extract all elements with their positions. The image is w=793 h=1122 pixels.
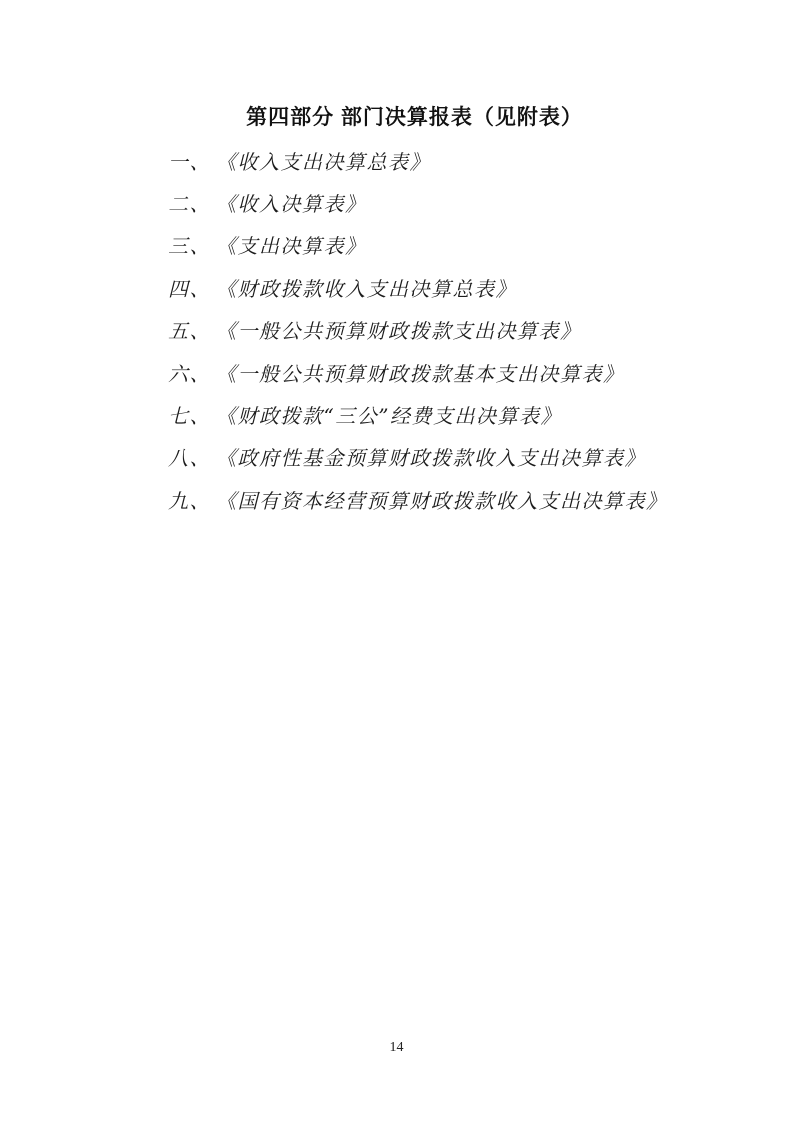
report-table-list: 一、 《收入支出决算总表》 二、 《收入决算表》 三、 《支出决算表》 四、 《… [168, 139, 733, 521]
list-item-number: 九、 [168, 485, 211, 514]
list-item: 九、 《国有资本经营预算财政拨款收入支出决算表》 [168, 478, 733, 520]
list-item-title: 《一般公共预算财政拨款支出决算表》 [216, 315, 582, 344]
list-item-number: 一、 [168, 146, 211, 175]
list-item-title: 《收入决算表》 [216, 188, 367, 217]
list-item-title: 《一般公共预算财政拨款基本支出决算表》 [216, 358, 625, 387]
list-item-title: 《收入支出决算总表》 [216, 146, 431, 175]
list-item: 二、 《收入决算表》 [168, 181, 733, 223]
list-item-title: 《财政拨款“三公”经费支出决算表》 [216, 400, 562, 429]
list-item: 八、 《政府性基金预算财政拨款收入支出决算表》 [168, 436, 733, 478]
list-item: 三、 《支出决算表》 [168, 224, 733, 266]
list-item-title: 《政府性基金预算财政拨款收入支出决算表》 [216, 442, 646, 471]
list-item: 七、 《财政拨款“三公”经费支出决算表》 [168, 393, 733, 435]
list-item: 一、 《收入支出决算总表》 [168, 139, 733, 181]
list-item: 六、 《一般公共预算财政拨款基本支出决算表》 [168, 351, 733, 393]
section-title: 第四部分 部门决算报表（见附表） [18, 101, 793, 131]
list-item-number: 七、 [168, 400, 211, 429]
page-number: 14 [390, 1040, 404, 1056]
list-item-title: 《支出决算表》 [216, 230, 367, 259]
list-item-number: 八、 [168, 442, 211, 471]
list-item: 四、 《财政拨款收入支出决算总表》 [168, 266, 733, 308]
list-item-number: 六、 [168, 358, 211, 387]
page-footer: 14 [0, 1038, 793, 1122]
list-item-title: 《国有资本经营预算财政拨款收入支出决算表》 [216, 485, 668, 514]
document-page: 第四部分 部门决算报表（见附表） 一、 《收入支出决算总表》 二、 《收入决算表… [0, 0, 793, 1122]
list-item-title: 《财政拨款收入支出决算总表》 [216, 273, 517, 302]
list-item-number: 二、 [168, 188, 211, 217]
list-item-number: 三、 [168, 230, 211, 259]
list-item-number: 五、 [168, 315, 211, 344]
list-item-number: 四、 [168, 273, 211, 302]
list-item: 五、 《一般公共预算财政拨款支出决算表》 [168, 309, 733, 351]
